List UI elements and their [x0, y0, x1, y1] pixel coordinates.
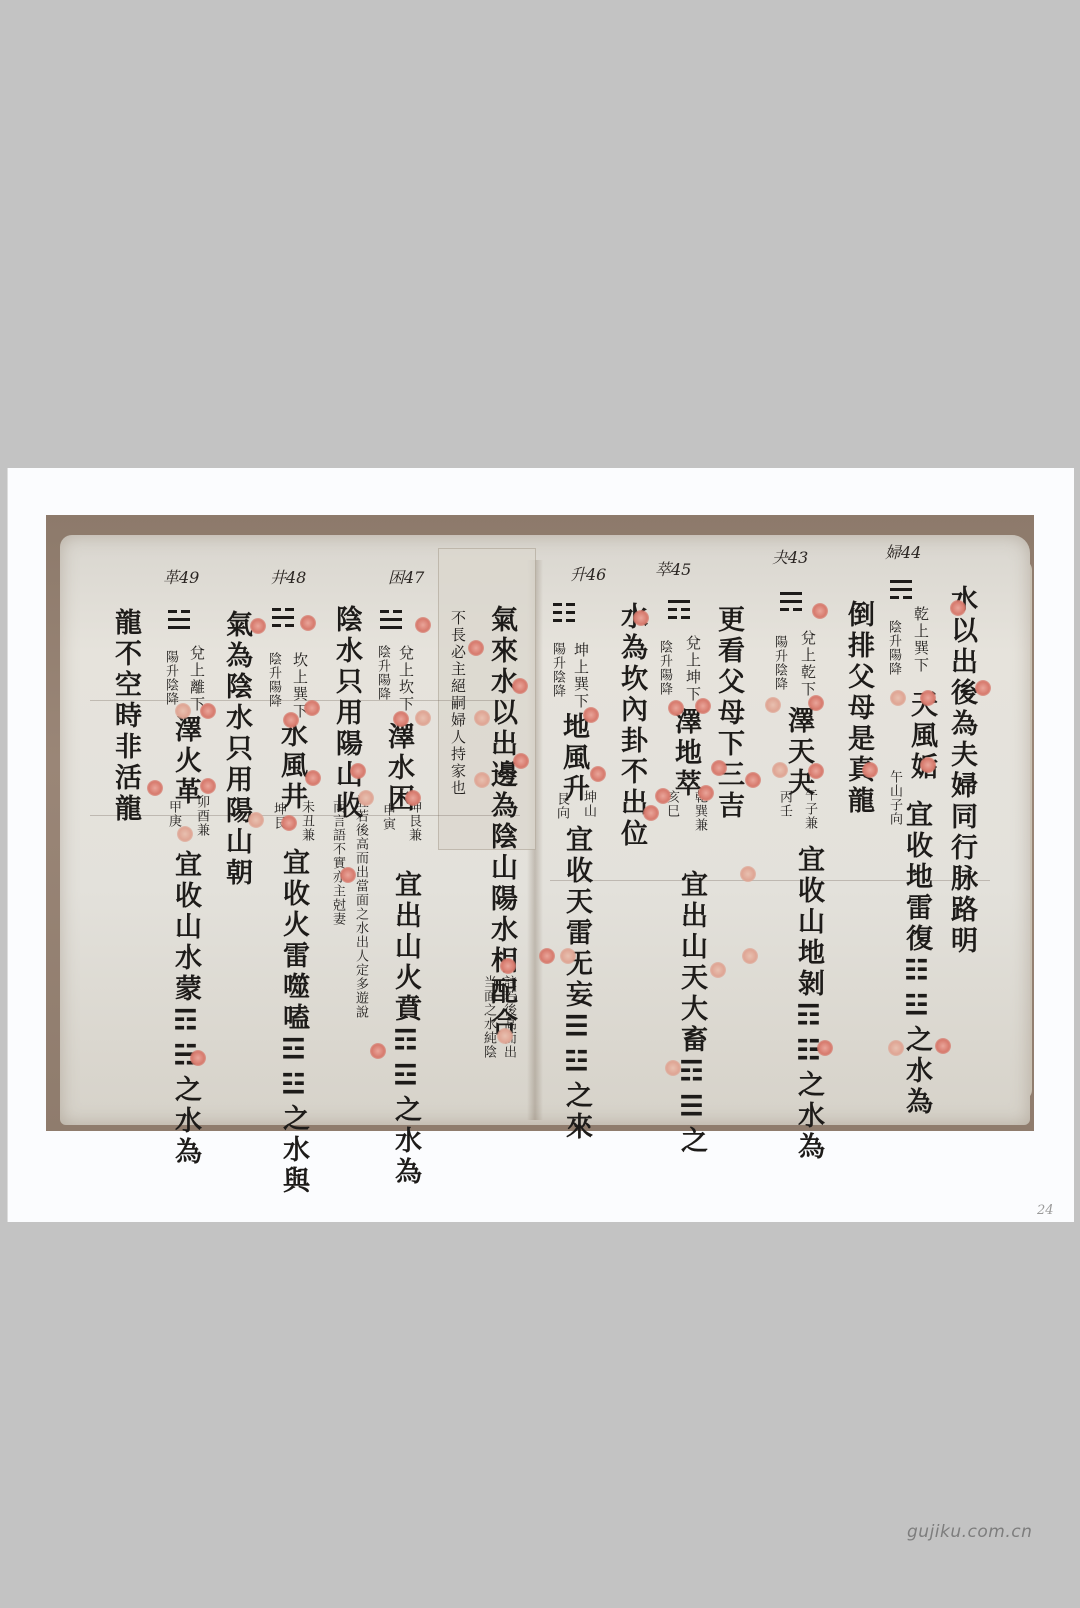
red-seal-dot	[920, 757, 936, 773]
red-seal-dot	[950, 600, 966, 616]
red-seal-dot	[200, 778, 216, 794]
red-seal-dot	[975, 680, 991, 696]
red-seal-dot	[772, 762, 788, 778]
orientation-note: 丙壬	[778, 790, 791, 818]
red-seal-dot	[340, 867, 356, 883]
hexagram-name: 澤地萃	[672, 707, 699, 800]
hexagram-number: 夬43	[772, 545, 808, 568]
annotation: 而言語不實亦主尅妻	[331, 800, 344, 926]
red-seal-dot	[474, 772, 490, 788]
text-column: 宜收地雷復☷☳之水為	[903, 800, 930, 1118]
red-seal-dot	[177, 826, 193, 842]
text-column: 不長必主絕嗣婦人持家也	[450, 610, 465, 797]
red-seal-dot	[665, 1060, 681, 1076]
red-seal-dot	[248, 812, 264, 828]
red-seal-dot	[862, 762, 878, 778]
red-seal-dot	[935, 1038, 951, 1054]
red-seal-dot	[250, 618, 266, 634]
red-seal-dot	[175, 703, 191, 719]
red-seal-dot	[643, 805, 659, 821]
red-seal-dot	[539, 948, 555, 964]
red-seal-dot	[405, 790, 421, 806]
trigram-icon	[168, 610, 190, 629]
text-column: 更看父母下三吉	[715, 605, 742, 822]
red-seal-dot	[283, 712, 299, 728]
red-seal-dot	[808, 763, 824, 779]
text-column: 宜出山天大畜☶☰之	[678, 870, 705, 1157]
red-seal-dot	[474, 710, 490, 726]
red-seal-dot	[281, 815, 297, 831]
trigram-icon	[380, 610, 402, 629]
text-column: 宜收天雷无妄☰☳之來	[563, 825, 590, 1143]
annotation: 陽升陰降	[551, 642, 564, 698]
red-seal-dot	[200, 703, 216, 719]
orientation-note: 坤艮兼	[407, 800, 420, 842]
red-seal-dot	[190, 1050, 206, 1066]
annotation: 陽升陰降	[773, 635, 786, 691]
hexagram-number: 困47	[388, 565, 424, 588]
orientation-note: 艮向	[555, 792, 568, 820]
red-seal-dot	[890, 690, 906, 706]
red-seal-dot	[633, 610, 649, 626]
red-seal-dot	[920, 690, 936, 706]
trigram-label: 兌上離下	[189, 645, 204, 713]
red-seal-dot	[590, 766, 606, 782]
trigram-icon	[272, 608, 294, 627]
annotation: 註若後高而出	[502, 975, 515, 1059]
trigram-label: 坤上巽下	[573, 642, 588, 710]
red-seal-dot	[350, 763, 366, 779]
orientation-note: 申寅	[381, 803, 394, 831]
red-seal-dot	[370, 1043, 386, 1059]
text-column: 倒排父母是真龍	[845, 600, 872, 817]
red-seal-dot	[698, 785, 714, 801]
text-column: 宜收火雷噬嗑☲☳之水與	[280, 848, 307, 1197]
red-seal-dot	[560, 948, 576, 964]
red-seal-dot	[415, 617, 431, 633]
orientation-note: 午山子向	[888, 770, 901, 826]
red-seal-dot	[745, 772, 761, 788]
orientation-note: 甲庚	[167, 800, 180, 828]
red-seal-dot	[305, 770, 321, 786]
trigram-icon	[780, 592, 802, 611]
hexagram-name: 澤天夬	[785, 706, 812, 799]
red-seal-dot	[468, 640, 484, 656]
red-seal-dot	[513, 753, 529, 769]
red-seal-dot	[710, 962, 726, 978]
red-seal-dot	[147, 780, 163, 796]
red-seal-dot	[695, 698, 711, 714]
text-column: 水為坎內卦不出位	[618, 602, 645, 850]
red-seal-dot	[393, 711, 409, 727]
red-seal-dot	[304, 700, 320, 716]
red-seal-dot	[740, 866, 756, 882]
annotation: 陰升陽降	[658, 640, 671, 696]
orientation-note: 卯酉兼	[195, 795, 208, 837]
red-seal-dot	[742, 948, 758, 964]
trigram-label: 兌上乾下	[800, 630, 815, 698]
trigram-icon	[668, 600, 690, 619]
hexagram-number: 革49	[163, 565, 199, 588]
text-column: 水以出後為夫婦同行脉路明	[948, 585, 975, 957]
red-seal-dot	[765, 697, 781, 713]
orientation-note: 午子兼	[803, 788, 816, 830]
red-seal-dot	[583, 707, 599, 723]
red-seal-dot	[300, 615, 316, 631]
hexagram-number: 萃45	[655, 557, 691, 580]
red-seal-dot	[358, 790, 374, 806]
orientation-note: 坤山	[582, 790, 595, 818]
red-seal-dot	[655, 788, 671, 804]
text-column: 宜收山地剝☶☷之水為	[795, 845, 822, 1163]
annotation: 陽升陰降	[164, 650, 177, 706]
hexagram-number: 井48	[270, 565, 306, 588]
red-seal-dot	[888, 1040, 904, 1056]
text-column: 宜收山水蒙☶☵之水為	[172, 850, 199, 1168]
red-seal-dot	[711, 760, 727, 776]
annotation: 陰升陽降	[376, 645, 389, 701]
annotation: 当面之水純陰	[482, 975, 495, 1059]
red-seal-dot	[668, 700, 684, 716]
red-seal-dot	[812, 603, 828, 619]
hexagram-number: 升46	[570, 562, 606, 585]
text-column: 宜出山火賁☶☲之水為	[392, 870, 419, 1188]
page-number: 24	[1037, 1203, 1054, 1218]
trigram-icon	[890, 580, 912, 599]
red-seal-dot	[500, 958, 516, 974]
red-seal-dot	[497, 1028, 513, 1044]
trigram-label: 乾上巽下	[913, 606, 928, 674]
hexagram-number: 婦44	[885, 540, 921, 563]
text-column: 陰水只用陽山收	[333, 605, 360, 822]
red-seal-dot	[512, 678, 528, 694]
annotation: 陰升陽降	[267, 652, 280, 708]
annotation: 陰升陽降	[887, 620, 900, 676]
trigram-icon	[553, 603, 575, 622]
annotation: 註若後高而出當面之水出人定多遊說	[354, 795, 367, 1019]
watermark: gujiku.com.cn	[907, 1522, 1032, 1542]
text-column: 龍不空時非活龍	[112, 608, 139, 825]
text-column: 氣來水以出邊為陰山陽水相配合	[488, 605, 515, 1039]
red-seal-dot	[817, 1040, 833, 1056]
red-seal-dot	[415, 710, 431, 726]
red-seal-dot	[808, 695, 824, 711]
trigram-label: 兌上坎下	[398, 645, 413, 713]
orientation-note: 未丑兼	[300, 800, 313, 842]
trigram-label: 兌上坤下	[685, 635, 700, 703]
text-column: 氣為陰水只用陽山朝	[223, 610, 250, 889]
